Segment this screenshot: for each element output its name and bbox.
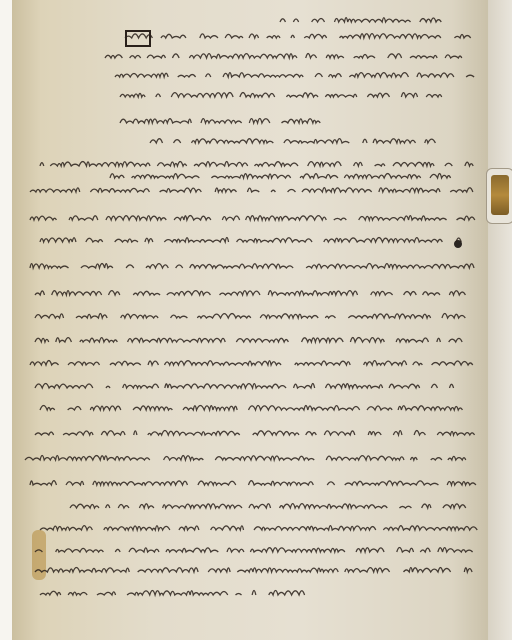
handwritten-line xyxy=(35,384,454,388)
handwritten-line xyxy=(40,526,477,530)
handwritten-line xyxy=(25,456,478,460)
handwritten-line xyxy=(30,216,475,220)
handwritten-line xyxy=(35,291,478,295)
handwritten-line xyxy=(30,264,474,268)
handwriting-strokes xyxy=(0,0,512,640)
handwritten-line xyxy=(105,54,462,58)
handwritten-line xyxy=(40,406,462,410)
handwritten-line xyxy=(35,431,475,435)
handwritten-line xyxy=(40,238,461,242)
handwritten-line xyxy=(110,174,451,178)
handwritten-line xyxy=(70,504,466,508)
handwritten-line xyxy=(30,188,482,192)
handwritten-line xyxy=(35,338,474,342)
handwritten-line xyxy=(120,93,442,97)
handwritten-line xyxy=(35,568,479,572)
handwritten-line xyxy=(280,18,441,22)
handwritten-line xyxy=(30,361,473,365)
handwritten-line xyxy=(120,119,320,123)
initial-box xyxy=(125,30,151,47)
handwritten-line xyxy=(35,548,473,552)
handwritten-line xyxy=(150,139,445,143)
handwritten-line xyxy=(115,73,474,77)
handwritten-line xyxy=(40,162,473,166)
handwritten-line xyxy=(30,481,476,485)
handwritten-line xyxy=(40,591,305,595)
handwritten-line xyxy=(125,34,471,38)
handwritten-line xyxy=(35,314,474,318)
